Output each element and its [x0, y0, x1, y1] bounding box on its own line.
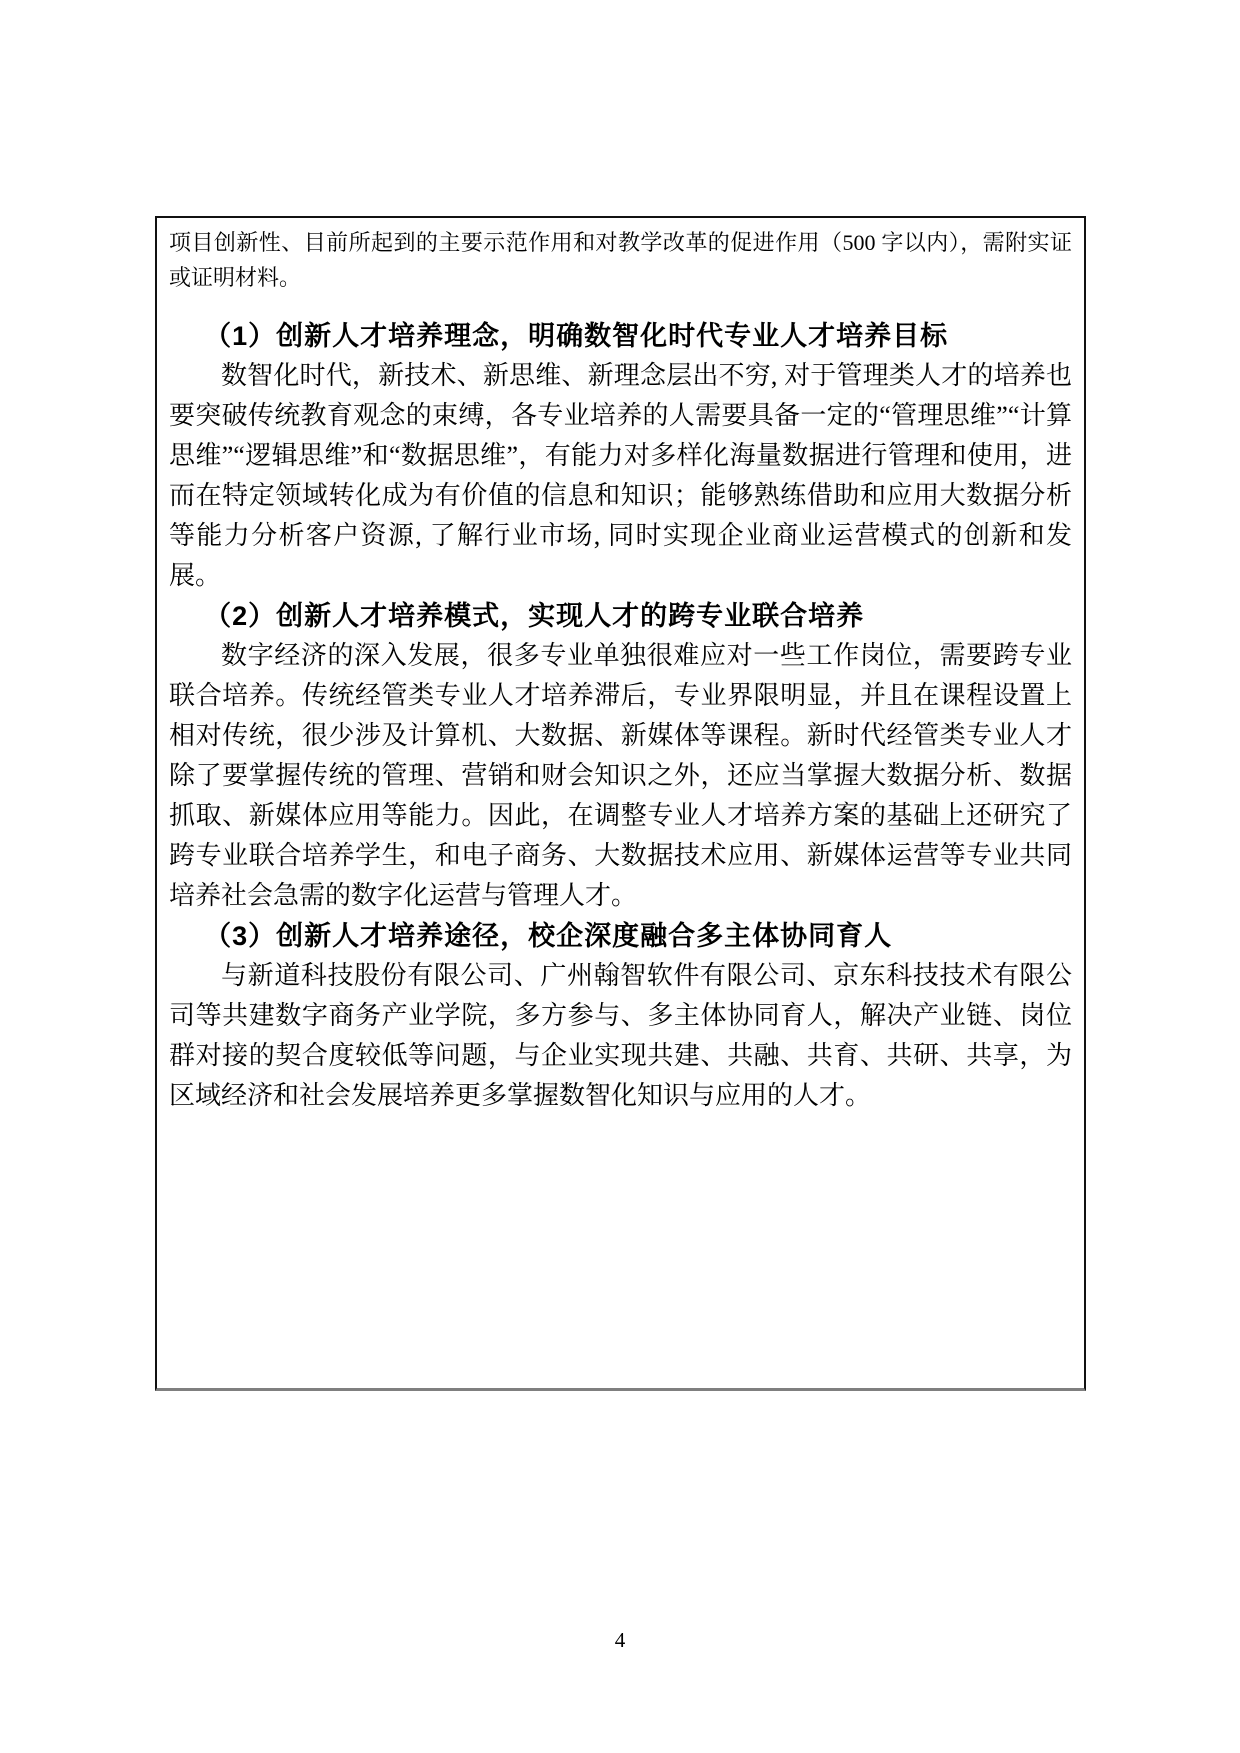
- cell-prompt-text: 项目创新性、目前所起到的主要示范作用和对教学改革的促进作用（500 字以内），需…: [169, 225, 1072, 295]
- content-table-cell: 项目创新性、目前所起到的主要示范作用和对教学改革的促进作用（500 字以内），需…: [155, 216, 1086, 1391]
- section-2-heading: （2）创新人才培养模式，实现人才的跨专业联合培养: [169, 596, 1072, 636]
- document-page: 项目创新性、目前所起到的主要示范作用和对教学改革的促进作用（500 字以内），需…: [0, 0, 1240, 1753]
- page-number: 4: [0, 1625, 1240, 1655]
- section-3-body: 与新道科技股份有限公司、广州翰智软件有限公司、京东科技技术有限公司等共建数字商务…: [169, 956, 1072, 1116]
- section-1-body: 数智化时代，新技术、新思维、新理念层出不穷, 对于管理类人才的培养也要突破传统教…: [169, 356, 1072, 596]
- blank-line: [169, 295, 1072, 316]
- section-2-body: 数字经济的深入发展，很多专业单独很难应对一些工作岗位，需要跨专业联合培养。传统经…: [169, 636, 1072, 916]
- section-3-heading: （3）创新人才培养途径，校企深度融合多主体协同育人: [169, 916, 1072, 956]
- section-1-heading: （1）创新人才培养理念，明确数智化时代专业人才培养目标: [169, 316, 1072, 356]
